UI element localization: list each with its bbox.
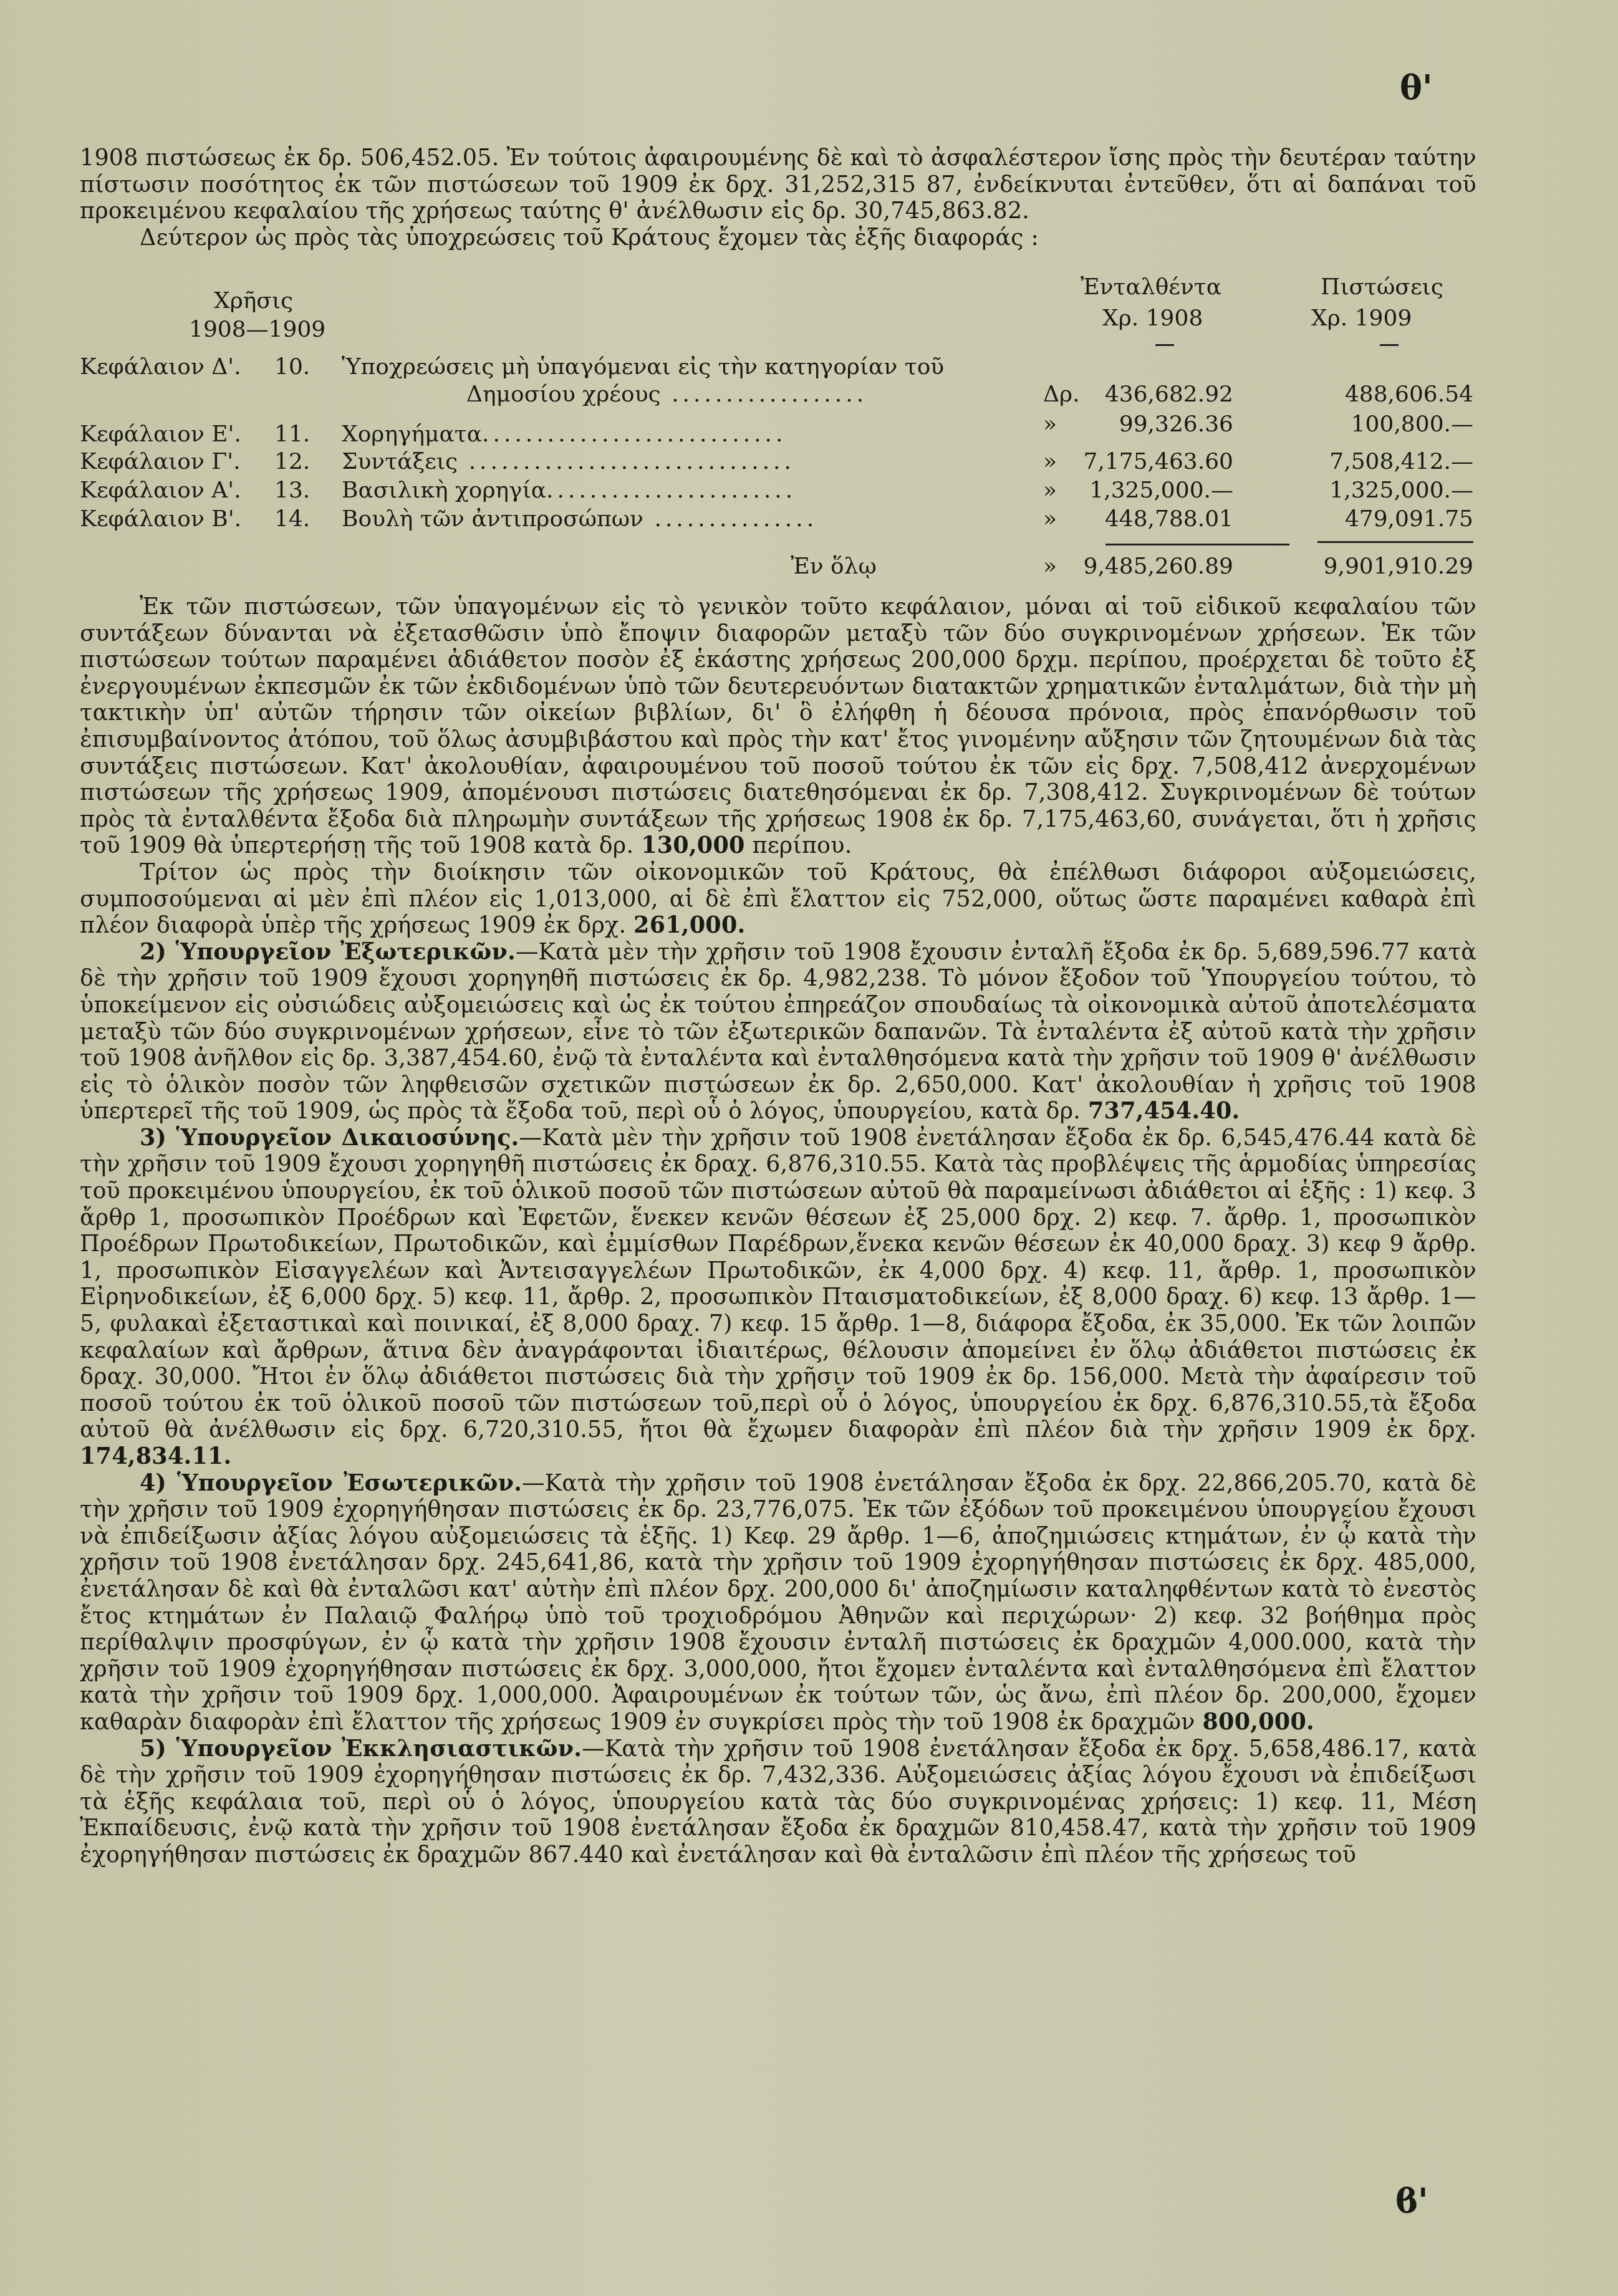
item-number: 10. bbox=[274, 354, 310, 380]
amount-174834: 174,834.11. bbox=[80, 1443, 232, 1469]
main-text: Ἐκ τῶν πιστώσεων, τῶν ὑπαγομένων εἰς τὸ … bbox=[80, 593, 1476, 1868]
amount-130000: 130,000 bbox=[641, 832, 745, 858]
heading-ecclesiastical: 5) Ὑπουργεῖον Ἐκκλησιαστικῶν. bbox=[140, 1735, 582, 1762]
total-1909: 9,901,910.29 bbox=[1324, 554, 1473, 579]
table-row: Κεφάλαιον Α'. 13. Βασιλικὴ χορηγία......… bbox=[80, 478, 1476, 507]
header-xrisis: Χρῆσις bbox=[214, 288, 293, 314]
unit: » bbox=[1043, 554, 1057, 579]
description: Ὑποχρεώσεις μὴ ὑπαγόμεναι εἰς τὴν κατηγο… bbox=[342, 354, 944, 380]
chapter: Κεφάλαιον Γ'. bbox=[80, 449, 241, 474]
header-col2-line2: Χρ. 1909 bbox=[1311, 305, 1412, 331]
total-rule-1909 bbox=[1317, 541, 1473, 543]
header-col1-line2: Χρ. 1908 bbox=[1102, 305, 1203, 331]
heading-justice: 3) Ὑπουργεῖον Δικαιοσύνης. bbox=[140, 1124, 519, 1151]
total-row: Ἐν ὅλῳ » 9,485,260.89 9,901,910.29 bbox=[80, 554, 1476, 584]
page-number-top: θ' bbox=[1400, 67, 1433, 107]
section-justice: 3) Ὑπουργεῖον Δικαιοσύνης.—Κατὰ μὲν τὴν … bbox=[80, 1125, 1476, 1470]
page-number-bottom: ϐ' bbox=[1395, 2181, 1428, 2221]
intro-paragraph: 1908 πιστώσεως ἐκ δρ. 506,452.05. Ἐν τού… bbox=[80, 145, 1476, 224]
intro-second-paragraph: Δεύτερον ὡς πρὸς τὰς ὑποχρεώσεις τοῦ Κρά… bbox=[80, 224, 1476, 251]
chapter: Κεφάλαιον Δ'. bbox=[80, 354, 241, 380]
table-row: Κεφάλαιον Γ'. 12. Συντάξεις ............… bbox=[80, 449, 1476, 479]
chapter: Κεφάλαιον Α'. bbox=[80, 478, 241, 503]
value-1908: 448,788.01 bbox=[1105, 506, 1233, 532]
total-1908: 9,485,260.89 bbox=[1084, 554, 1233, 579]
description-cont: Δημοσίου χρέους .................. bbox=[466, 382, 867, 407]
unit: » bbox=[1043, 449, 1057, 474]
heading-interior: 4) Ὑπουργεῖον Ἐσωτερικῶν. bbox=[140, 1469, 522, 1496]
amount-737454: 737,454.40. bbox=[1088, 1097, 1240, 1124]
dash-col2 bbox=[1380, 344, 1399, 346]
total-rule-1908 bbox=[1105, 544, 1289, 545]
value-1909: 479,091.75 bbox=[1345, 506, 1473, 532]
section-foreign-affairs: 2) Ὑπουργεῖον Ἐξωτερικῶν.—Κατὰ μὲν τὴν χ… bbox=[80, 939, 1476, 1125]
table-row: Δημοσίου χρέους .................. Δρ. 4… bbox=[80, 382, 1476, 411]
header-col2-line1: Πιστώσεις bbox=[1321, 274, 1443, 300]
unit: » bbox=[1043, 478, 1057, 503]
total-label: Ἐν ὅλῳ bbox=[791, 554, 877, 579]
value-1908: 7,175,463.60 bbox=[1084, 449, 1233, 474]
unit: » bbox=[1043, 506, 1057, 532]
chapter: Κεφάλαιον Β'. bbox=[80, 506, 241, 532]
amount-261000: 261,000. bbox=[633, 911, 745, 938]
value-1909: 488,606.54 bbox=[1345, 382, 1473, 407]
paragraph-pensions: Ἐκ τῶν πιστώσεων, τῶν ὑπαγομένων εἰς τὸ … bbox=[80, 593, 1476, 859]
header-years: 1908—1909 bbox=[189, 317, 325, 342]
section-ecclesiastical: 5) Ὑπουργεῖον Ἐκκλησιαστικῶν.—Κατὰ τὴν χ… bbox=[80, 1736, 1476, 1868]
paragraph-third: Τρίτον ὡς πρὸς τὴν διοίκησιν τῶν οἰκονομ… bbox=[80, 859, 1476, 939]
table-row: Κεφάλαιον Ε'. 11. Χορηγήματα............… bbox=[80, 421, 1476, 451]
table-row: Κεφάλαιον Β'. 14. Βουλὴ τῶν ἀντιπροσώπων… bbox=[80, 506, 1476, 536]
chapter: Κεφάλαιον Ε'. bbox=[80, 421, 241, 447]
item-number: 13. bbox=[274, 478, 310, 503]
unit: Δρ. bbox=[1043, 382, 1080, 407]
description: Συντάξεις .............................. bbox=[342, 449, 795, 474]
section-interior: 4) Ὑπουργεῖον Ἐσωτερικῶν.—Κατὰ τὴν χρῆσι… bbox=[80, 1470, 1476, 1736]
value-1909: 1,325,000.— bbox=[1329, 478, 1473, 503]
item-number: 14. bbox=[274, 506, 310, 532]
value-1908: 1,325,000.— bbox=[1089, 478, 1233, 503]
dash-col1 bbox=[1155, 344, 1174, 346]
heading-foreign-affairs: 2) Ὑπουργεῖον Ἐξωτερικῶν. bbox=[140, 938, 516, 965]
description: Βουλὴ τῶν ἀντιπροσώπων ............... bbox=[342, 506, 817, 532]
obligations-table: Χρῆσις 1908—1909 Ἐνταλθέντα Χρ. 1908 Πισ… bbox=[80, 274, 1476, 592]
table-row: Κεφάλαιον Δ'. 10. Ὑποχρεώσεις μὴ ὑπαγόμε… bbox=[80, 354, 1476, 384]
header-col1-line1: Ἐνταλθέντα bbox=[1081, 274, 1221, 300]
amount-800000: 800,000. bbox=[1203, 1708, 1314, 1735]
value-1909: 7,508,412.— bbox=[1329, 449, 1473, 474]
intro-block: 1908 πιστώσεως ἐκ δρ. 506,452.05. Ἐν τού… bbox=[80, 145, 1476, 251]
item-number: 12. bbox=[274, 449, 310, 474]
item-number: 11. bbox=[274, 421, 310, 447]
value-1908: 436,682.92 bbox=[1105, 382, 1233, 407]
description: Χορηγήματα............................ bbox=[342, 421, 786, 447]
description: Βασιλικὴ χορηγία....................... bbox=[342, 478, 796, 503]
